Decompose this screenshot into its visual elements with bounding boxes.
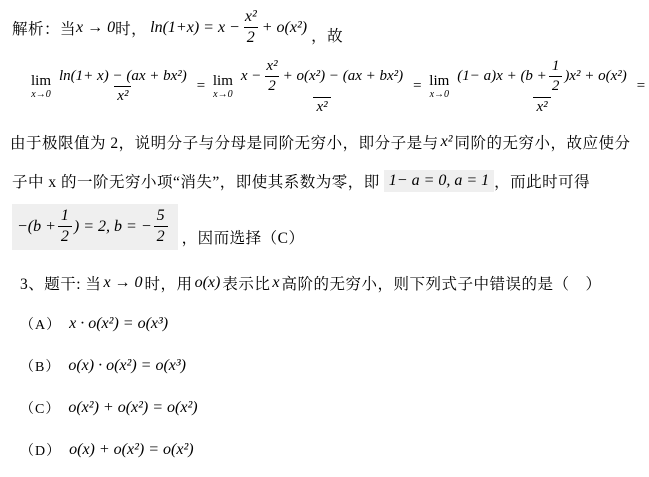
solution-line-1: 解析：当 x → 0 时， ln(1+x) = x − x² 2 + o(x²)… <box>12 8 343 48</box>
explanation-paragraph-1: 由于极限值为 2，说明分子与分母是同阶无穷小，即分子是与 x² 同阶的无穷小，故… <box>10 131 631 153</box>
option-c: （C） o(x²) + o(x²) = o(x²) <box>20 398 198 418</box>
option-b: （B） o(x) · o(x²) = o(x³) <box>20 356 186 376</box>
option-d-label: （D） <box>20 440 61 460</box>
limit-symbol-3: lim x→0 <box>429 74 449 100</box>
equals-sign-1: = <box>196 78 206 95</box>
highlighted-b-equation: −(b + 1 2 ) = 2, b = − 5 2 <box>12 204 178 250</box>
nested-fraction-1-over-2: 1 2 <box>549 58 563 96</box>
math-plus-o-x2: + o(x²) <box>262 19 307 37</box>
option-a: （A） x · o(x²) = o(x³) <box>20 314 168 334</box>
option-a-label: （A） <box>20 314 61 334</box>
fraction-1: ln(1+ x) − (ax + bx²) x² <box>56 68 190 106</box>
limit-symbol-1: lim x→0 <box>31 74 51 100</box>
fraction-3: (1− a)x + (b + 1 2 )x² + o(x²) x² <box>454 58 629 116</box>
limit-equation: lim x→0 ln(1+ x) − (ax + bx²) x² = lim x… <box>28 58 649 116</box>
conclusion-choose-c: ，因而选择（C） <box>182 226 305 250</box>
highlighted-a-equation: 1− a = 0, a = 1 <box>384 170 494 192</box>
nested-fraction-x2-over-2: x² 2 <box>263 58 280 96</box>
option-c-formula: o(x²) + o(x²) = o(x²) <box>68 399 197 417</box>
option-c-label: （C） <box>20 398 60 418</box>
option-b-formula: o(x) · o(x²) = o(x³) <box>68 357 186 375</box>
solution-label: 解析：当 <box>12 17 76 39</box>
fraction-2: x − x² 2 + o(x²) − (ax + bx²) x² <box>238 58 406 116</box>
math-x-to-0: x → 0 <box>103 274 142 292</box>
math-x-to-0: x → 0 <box>76 19 115 37</box>
fraction-1-over-2: 1 2 <box>58 207 72 247</box>
option-d: （D） o(x) + o(x²) = o(x²) <box>20 440 194 460</box>
option-a-formula: x · o(x²) = o(x³) <box>69 315 168 333</box>
equals-2-result: = 2 <box>636 78 649 95</box>
math-x: x <box>272 274 279 292</box>
fraction-x2-over-2: x² 2 <box>242 8 260 48</box>
limit-symbol-2: lim x→0 <box>213 74 233 100</box>
question-3-stem: 3、题干: 当 x → 0 时，用 o(x) 表示比 x 高阶的无穷小，则下列式… <box>20 272 601 294</box>
math-x-squared: x² <box>441 133 453 151</box>
option-b-label: （B） <box>20 356 60 376</box>
text-gu: ，故 <box>311 24 343 48</box>
b-equation-line: −(b + 1 2 ) = 2, b = − 5 2 ，因而选择（C） <box>12 204 304 250</box>
option-d-formula: o(x) + o(x²) = o(x²) <box>69 441 193 459</box>
math-ln-expansion: ln(1+x) = x − <box>150 19 240 37</box>
math-solution-document: 解析：当 x → 0 时， ln(1+x) = x − x² 2 + o(x²)… <box>0 0 649 477</box>
text-shi: 时， <box>115 17 147 39</box>
math-o-x: o(x) <box>195 274 221 292</box>
fraction-5-over-2: 5 2 <box>154 207 168 247</box>
explanation-paragraph-2: 子中 x 的一阶无穷小项“消失”，即使其系数为零，即 1− a = 0, a =… <box>12 170 590 192</box>
equals-sign-2: = <box>412 78 422 95</box>
